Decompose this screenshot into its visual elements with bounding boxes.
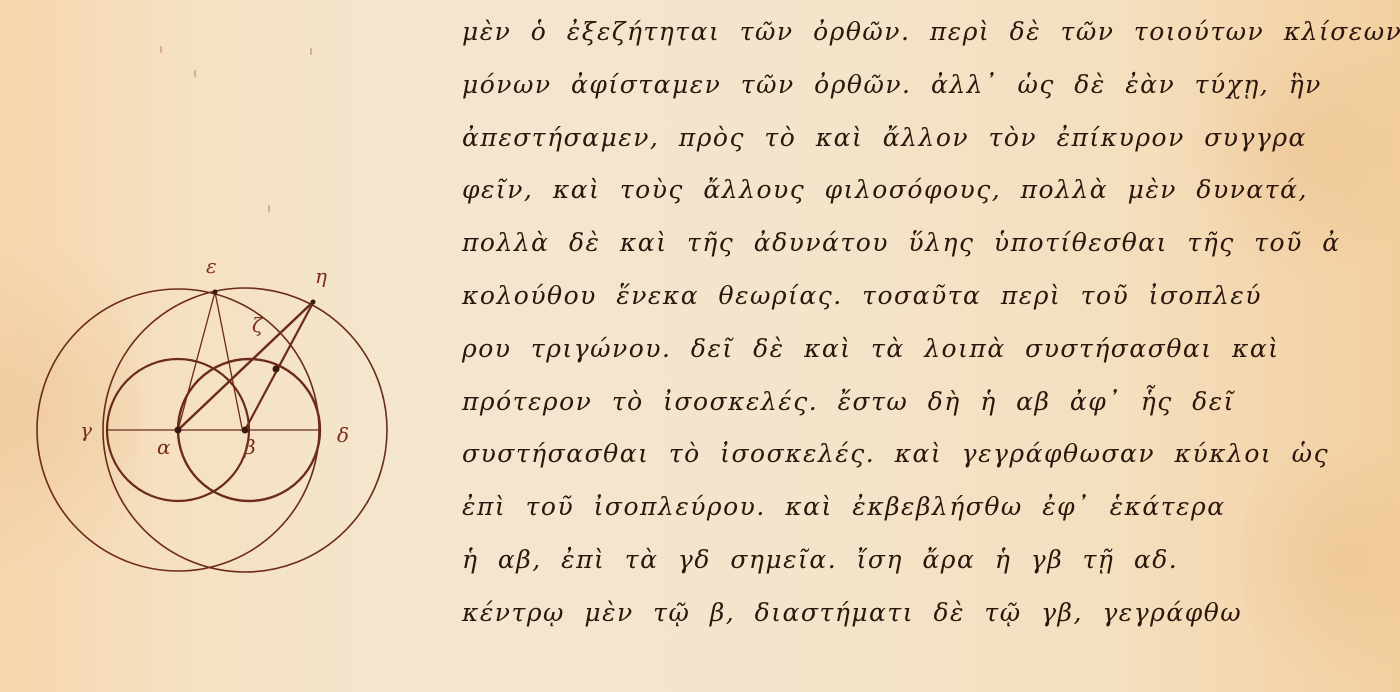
- text-line: φεῖν, καὶ τοὺς ἄλλους φιλοσόφους, πολλὰ …: [462, 164, 1392, 217]
- point-intersection: [273, 366, 280, 373]
- point-beta: [242, 427, 249, 434]
- text-line: μὲν ὁ ἐξεζήτηται τῶν ὀρθῶν. περὶ δὲ τῶν …: [462, 6, 1392, 59]
- label-epsilon: ε: [206, 256, 217, 276]
- text-line: ἡ αβ, ἐπὶ τὰ γδ σημεῖα. ἴση ἄρα ἡ γβ τῇ …: [462, 534, 1392, 587]
- text-line: μόνων ἀφίσταμεν τῶν ὀρθῶν. ἀλλ᾽ ὡς δὲ ἐὰ…: [462, 59, 1392, 112]
- text-line: πρότερον τὸ ἰσοσκελές. ἔστω δὴ ἡ αβ ἀφ᾽ …: [462, 376, 1392, 429]
- text-line: ἐπὶ τοῦ ἰσοπλεύρου. καὶ ἐκβεβλήσθω ἐφ᾽ ἑ…: [462, 481, 1392, 534]
- label-eta: η: [315, 266, 327, 286]
- label-alpha: α: [157, 437, 171, 457]
- text-line: κέντρῳ μὲν τῷ β, διαστήματι δὲ τῷ γβ, γε…: [462, 587, 1392, 640]
- point-eta: [311, 300, 316, 305]
- point-alpha: [175, 427, 182, 434]
- geometric-diagram: [0, 0, 460, 692]
- label-zeta: ζ: [252, 315, 263, 335]
- label-beta: β: [244, 437, 256, 457]
- text-line: κολούθου ἕνεκα θεωρίας. τοσαῦτα περὶ τοῦ…: [462, 270, 1392, 323]
- manuscript-text: μὲν ὁ ἐξεζήτηται τῶν ὀρθῶν. περὶ δὲ τῶν …: [462, 6, 1392, 640]
- label-gamma: γ: [80, 420, 92, 440]
- label-delta: δ: [337, 425, 349, 445]
- point-epsilon: [213, 290, 218, 295]
- text-line: πολλὰ δὲ καὶ τῆς ἀδυνάτου ὕλης ὑποτίθεσθ…: [462, 217, 1392, 270]
- line-alpha-epsilon: [178, 292, 215, 430]
- text-line: ἀπεστήσαμεν, πρὸς τὸ καὶ ἄλλον τὸν ἐπίκυ…: [462, 112, 1392, 165]
- text-line: συστήσασθαι τὸ ἰσοσκελές. καὶ γεγράφθωσα…: [462, 428, 1392, 481]
- text-line: ρου τριγώνου. δεῖ δὲ καὶ τὰ λοιπὰ συστήσ…: [462, 323, 1392, 376]
